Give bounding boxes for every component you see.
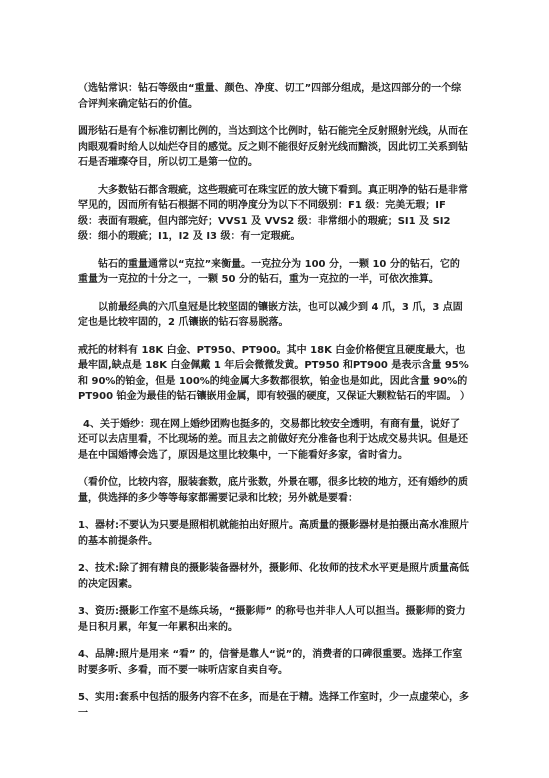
- paragraph-tip-practicality: 5、实用:套系中包括的服务内容不在多，而是在于精。选择工作室时，少一点虚荣心，多…: [78, 690, 469, 721]
- paragraph-diamond-prong-setting: 以前最经典的六爪皇冠是比较坚固的镶嵌方法，也可以减少到 4 爪，3 爪，3 点固…: [78, 300, 469, 331]
- paragraph-ring-band-material: 戒托的材料有 18K 白金、PT950、PT900。其中 18K 白金价格便宜且…: [78, 343, 469, 405]
- paragraph-tip-technique: 2、技术:除了拥有精良的摄影装备器材外，摄影师、化妆师的技术水平更是照片质量高低…: [78, 561, 469, 592]
- paragraph-diamond-grading-intro: （选钻常识：钻石等级由“重量、颜色、净度、切工”四部分组成，是这四部分的一个综合…: [78, 81, 469, 112]
- paragraph-tip-brand: 4、品牌:照片是用来 “看” 的，信誉是靠人“说”的，消费者的口碑很重要。选择工…: [78, 647, 469, 678]
- paragraph-diamond-clarity: 大多数钻石都含瑕疵，这些瑕疵可在珠宝匠的放大镜下看到。真正明净的钻石是非常罕见的…: [78, 183, 469, 245]
- paragraph-diamond-carat: 钻石的重量通常以“克拉”来衡量。一克拉分为 100 分，一颗 10 分的钻石，它…: [78, 257, 469, 288]
- document-page: （选钻常识：钻石等级由“重量、颜色、净度、切工”四部分组成，是这四部分的一个综合…: [0, 0, 549, 778]
- paragraph-tip-experience: 3、资历:摄影工作室不是练兵场，“摄影师” 的称号也并非人人可以担当。摄影师的资…: [78, 604, 469, 635]
- paragraph-wedding-dress: 4、关于婚纱：现在网上婚纱团购也挺多的，交易都比较安全透明，有商有量，说好了还可…: [78, 417, 469, 464]
- paragraph-diamond-cut: 圆形钻石是有个标准切割比例的，当达到这个比例时，钻石能完全反射照射光线，从而在肉…: [78, 124, 469, 171]
- paragraph-comparison-checklist: （看价位，比较内容，服装套数，底片张数，外景在哪，很多比较的地方，还有婚纱的质量…: [78, 475, 469, 506]
- paragraph-tip-equipment: 1、器材:不要认为只要是照相机就能拍出好照片。高质量的摄影器材是拍摄出高水准照片…: [78, 518, 469, 549]
